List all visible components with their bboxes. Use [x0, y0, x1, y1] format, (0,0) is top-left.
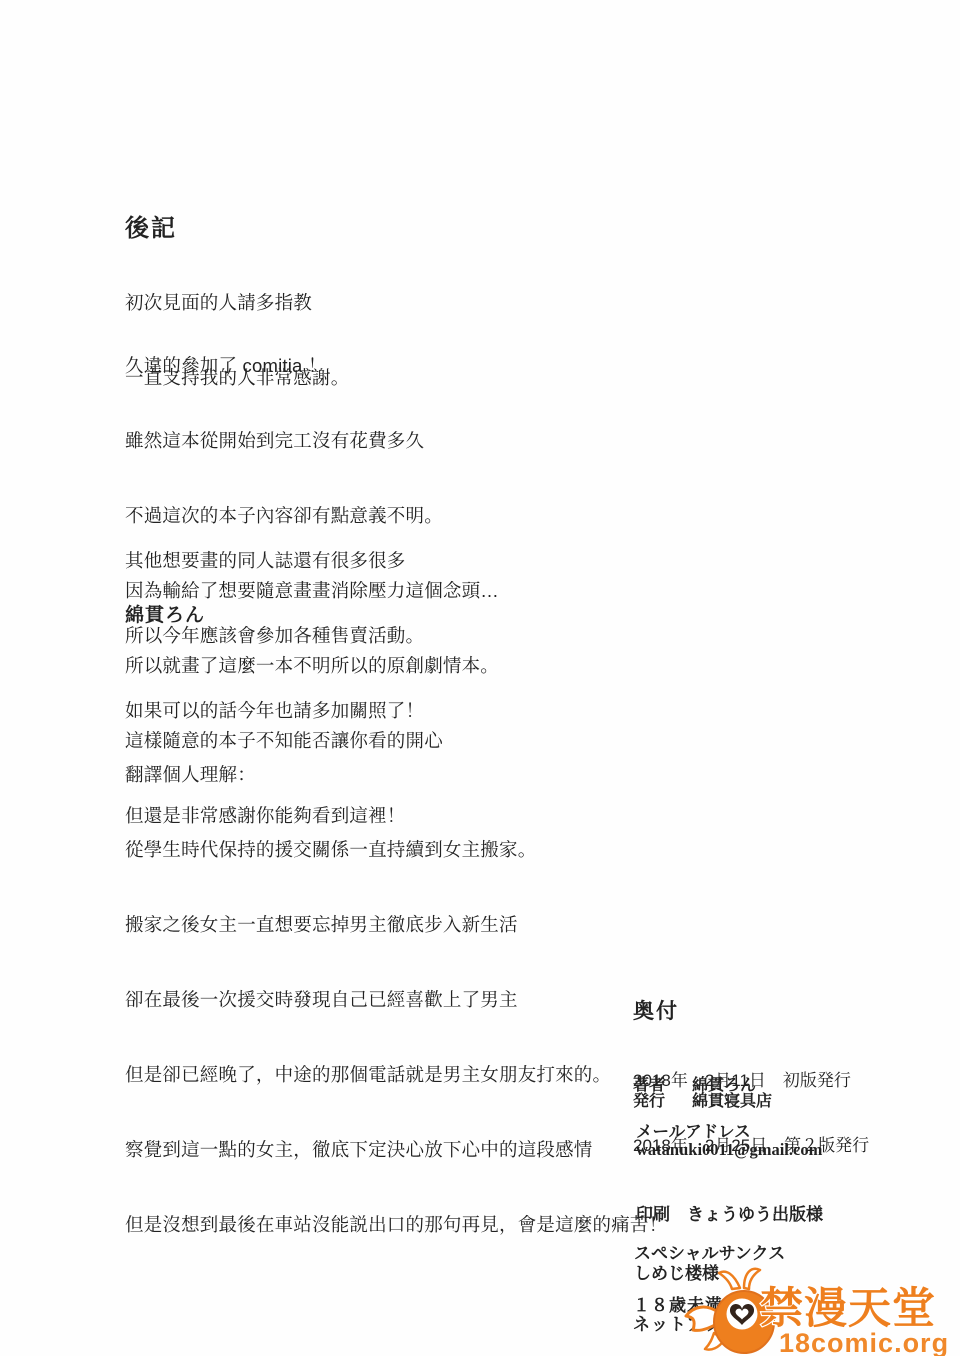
- text-line: 但是卻已經晚了，中途的那個電話就是男主女朋友打來的。: [125, 1062, 667, 1087]
- email-label: メールアドレス: [636, 1123, 822, 1141]
- watermark-logo: 禁漫天堂 18comic.org: [678, 1264, 960, 1356]
- colophon-title: 奥付: [633, 995, 679, 1025]
- credit-row-author: 著者綿貫ろん: [633, 1078, 772, 1094]
- text-line: 卻在最後一次援交時發現自己已經喜歡上了男主: [125, 987, 667, 1012]
- colophon-editions: 2018年 2月11日 初版発行 2018年 2月25日 第２版発行: [633, 1027, 869, 1199]
- author-signature: 綿貫ろん: [125, 600, 205, 627]
- text-line: 但是沒想到最後在車站沒能説出口的那句再見，會是這麼的痛苦！: [125, 1212, 667, 1237]
- email-address: watanuki0011@gmail.com: [636, 1141, 822, 1159]
- text-line: 搬家之後女主一直想要忘掉男主徹底步入新生活: [125, 912, 667, 937]
- watermark-site-name: 禁漫天堂: [760, 1285, 936, 1333]
- watermark-site-url: 18comic.org: [779, 1328, 949, 1356]
- afterword-title: 後記: [125, 208, 177, 243]
- credit-label: 発行: [633, 1094, 692, 1110]
- translator-note-heading: 翻譯個人理解：: [125, 762, 667, 787]
- translator-note: 翻譯個人理解： 從學生時代保持的援交關係一直持續到女主搬家。 搬家之後女主一直想…: [125, 712, 667, 1287]
- text-line: 雖然這本從開始到完工沒有花費多久: [125, 428, 499, 453]
- text-line: 察覺到這一點的女主，徹底下定決心放下心中的這段感情: [125, 1137, 667, 1162]
- text-line: 從學生時代保持的援交關係一直持續到女主搬家。: [125, 837, 667, 862]
- special-thanks-label: スペシャルサンクス: [634, 1244, 785, 1264]
- credit-row-publisher: 発行綿貫寝具店: [633, 1094, 772, 1110]
- text-line: 久違的參加了 comitia ！: [125, 353, 499, 378]
- document-page: 後記 初次見面的人請多指教 一直支持我的人非常感謝。 久違的參加了 comiti…: [0, 0, 960, 1356]
- credit-value: 綿貫ろん: [692, 1077, 756, 1094]
- colophon-printer: 印刷 きょうゆう出版様: [636, 1200, 823, 1225]
- credit-label: 著者: [633, 1078, 692, 1094]
- text-line: 其他想要畫的同人誌還有很多很多: [125, 548, 424, 573]
- colophon-email-block: メールアドレス watanuki0011@gmail.com: [636, 1123, 822, 1158]
- colophon-credits: 著者綿貫ろん 発行綿貫寝具店: [633, 1078, 772, 1110]
- credit-value: 綿貫寝具店: [692, 1093, 772, 1110]
